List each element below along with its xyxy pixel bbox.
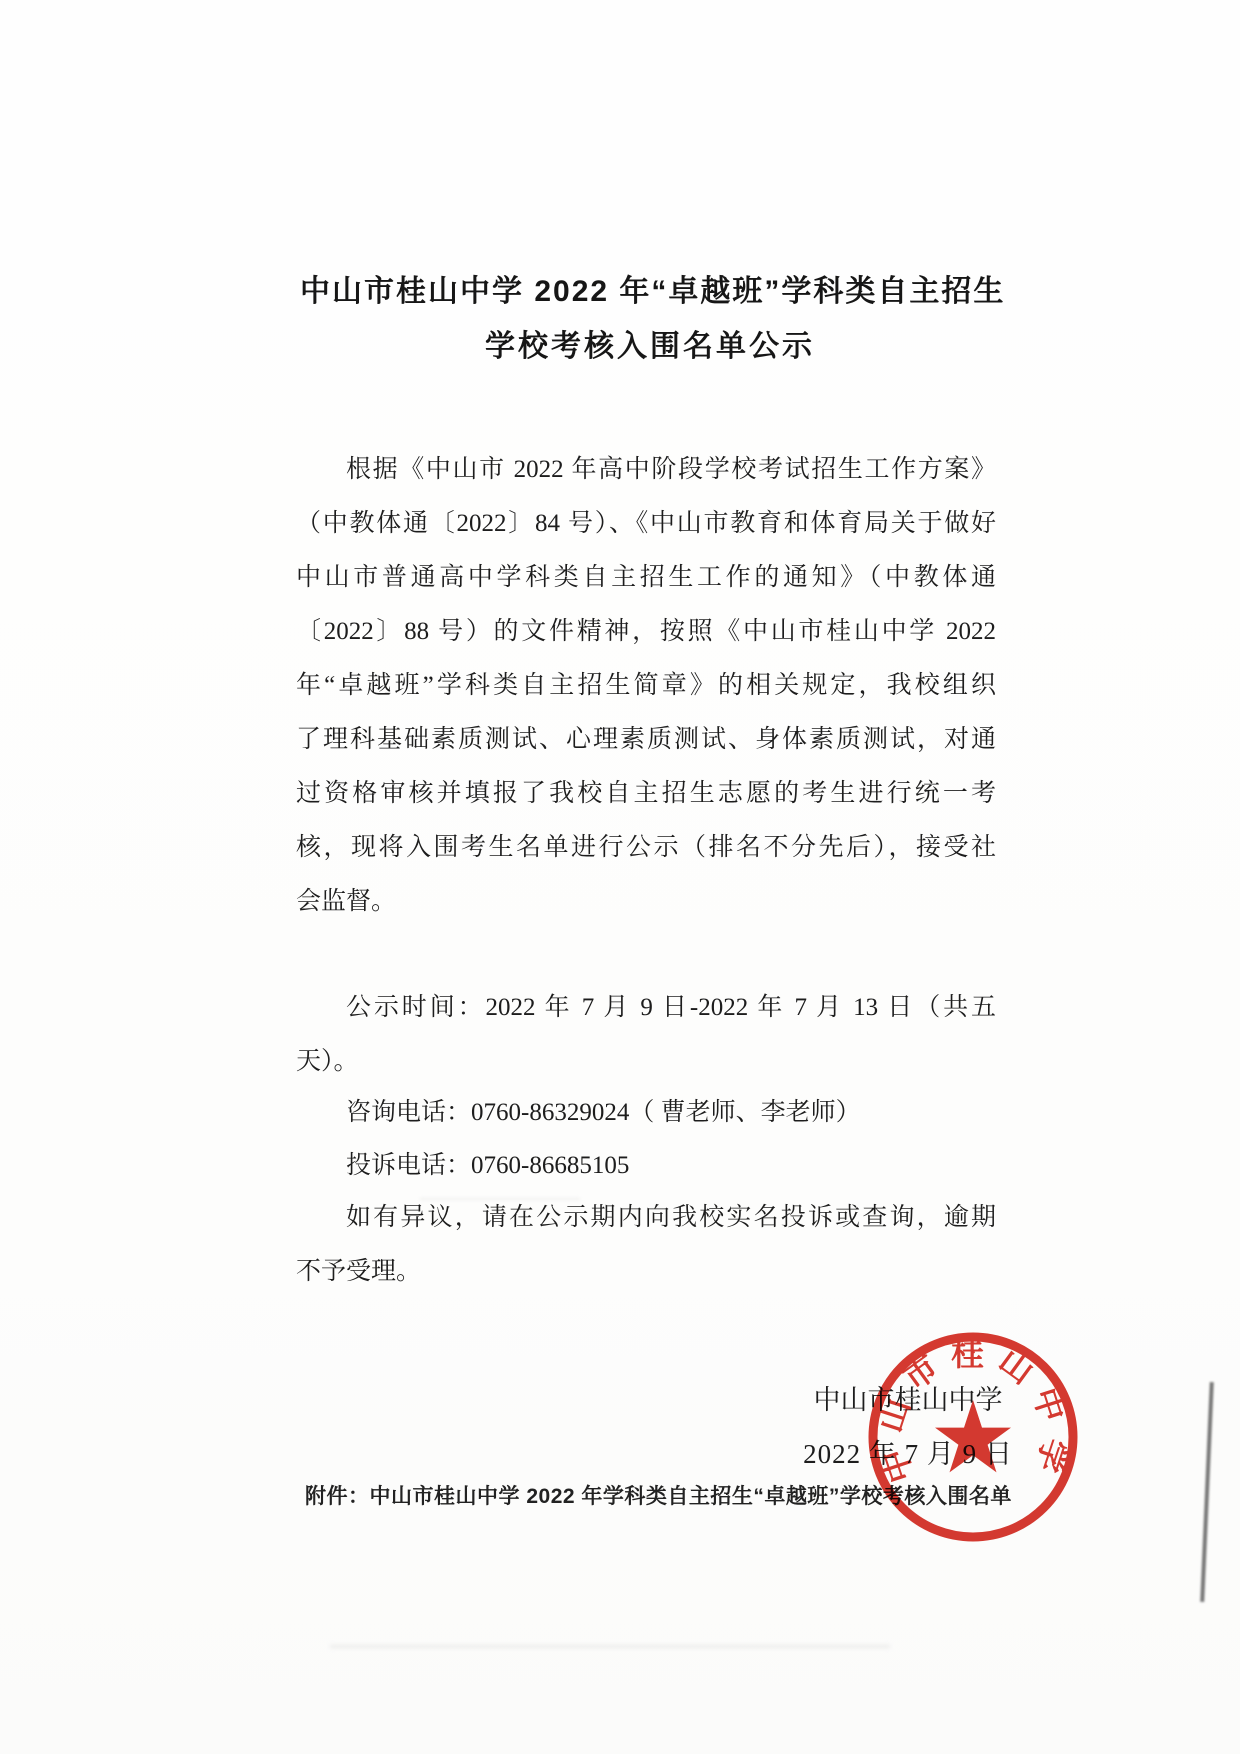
body-line: 如有异议，请在公示期内向我校实名投诉或查询，逾期 (296, 1191, 996, 1245)
body-line: 过资格审核并填报了我校自主招生志愿的考生进行统一考 (296, 767, 996, 821)
consult-phone-line: 咨询电话：0760-86329024（ 曹老师、李老师） (296, 1086, 996, 1140)
document-page: 中山市桂山中学 2022 年“卓越班”学科类自主招生 学校考核入围名单公示 根据… (0, 0, 1240, 1754)
body-line: 公示时间：2022 年 7 月 9 日-2022 年 7 月 13 日（共五 (296, 981, 996, 1035)
body-line: 核，现将入围考生名单进行公示（排名不分先后），接受社 (296, 821, 996, 875)
body-line: 中山市普通高中学科类自主招生工作的通知》（中教体通 (296, 551, 996, 605)
body-line: 了理科基础素质测试、心理素质测试、身体素质测试，对通 (296, 713, 996, 767)
complaint-phone-line: 投诉电话：0760-86685105 (296, 1139, 996, 1193)
scan-artifact-smudge (330, 1645, 890, 1648)
body-line: 根据《中山市 2022 年高中阶段学校考试招生工作方案》 (296, 443, 996, 497)
paragraph-publicity-period: 公示时间：2022 年 7 月 9 日-2022 年 7 月 13 日（共五 天… (296, 981, 996, 1089)
body-line: （中教体通〔2022〕84 号）、《中山市教育和体育局关于做好 (296, 497, 996, 551)
title-line-2: 学校考核入围名单公示 (300, 325, 1000, 369)
document-title: 中山市桂山中学 2022 年“卓越班”学科类自主招生 学校考核入围名单公示 (300, 270, 1000, 369)
signature-block: 中山市桂山中学 2022 年 7 月 9 日 (758, 1373, 1058, 1481)
scan-artifact-line (1200, 1382, 1214, 1602)
signature-date: 2022 年 7 月 9 日 (758, 1427, 1058, 1481)
attachment-note: 附件：中山市桂山中学 2022 年学科类自主招生“卓越班”学校考核入围名单 (305, 1480, 1065, 1510)
body-line: 会监督。 (296, 875, 996, 929)
body-line: 天）。 (296, 1035, 996, 1089)
title-line-1: 中山市桂山中学 2022 年“卓越班”学科类自主招生 (300, 270, 1000, 314)
body-line: 投诉电话：0760-86685105 (296, 1139, 996, 1193)
body-line: 年“卓越班”学科类自主招生简章》的相关规定，我校组织 (296, 659, 996, 713)
scan-artifact-smudge (420, 1198, 580, 1200)
body-line: 咨询电话：0760-86329024（ 曹老师、李老师） (296, 1086, 996, 1140)
body-line: 〔2022〕88 号）的文件精神，按照《中山市桂山中学 2022 (296, 605, 996, 659)
signature-org: 中山市桂山中学 (758, 1373, 1058, 1427)
body-line: 不予受理。 (296, 1245, 996, 1299)
paragraph-basis: 根据《中山市 2022 年高中阶段学校考试招生工作方案》 （中教体通〔2022〕… (296, 443, 996, 929)
paragraph-objection: 如有异议，请在公示期内向我校实名投诉或查询，逾期 不予受理。 (296, 1191, 996, 1299)
